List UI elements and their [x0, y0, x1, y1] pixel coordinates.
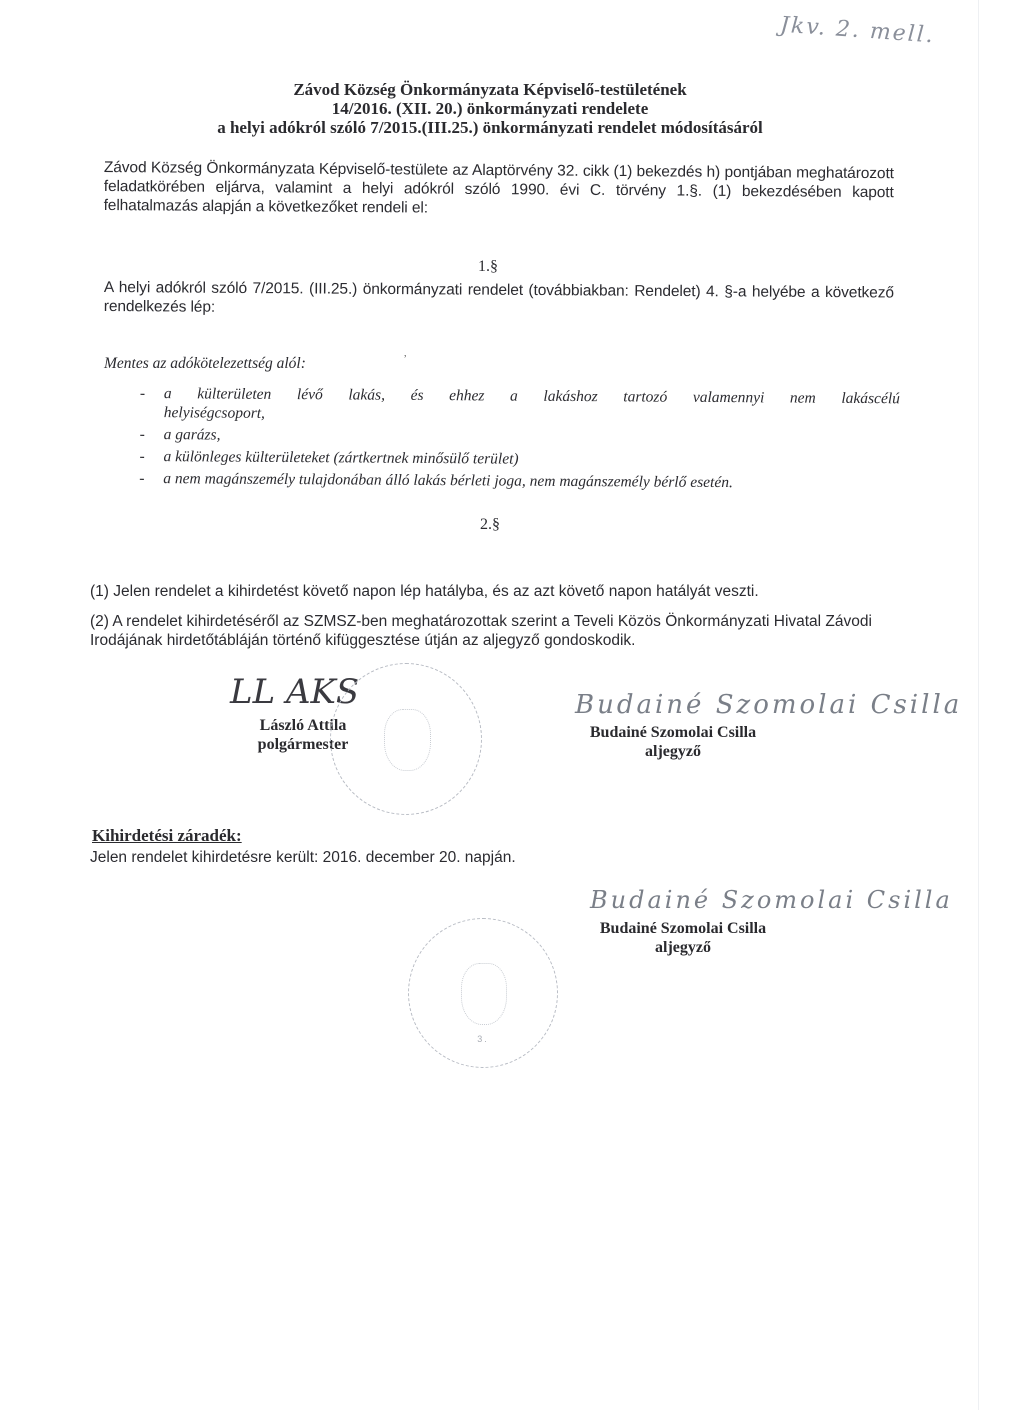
bullet-dash: -	[139, 469, 163, 488]
bullet-dash: -	[139, 447, 163, 466]
handwritten-annotation: Jkv. 2. mell.	[779, 13, 935, 49]
list-item: - a külterületen lévő lakás, és ehhez a …	[140, 384, 900, 427]
promulgation-heading: Kihirdetési záradék:	[92, 826, 242, 846]
office-seal-stamp: 3.	[408, 918, 558, 1068]
exemption-title: Mentes az adókötelezettség alól:	[104, 355, 306, 373]
notary-name: Budainé Szomolai Csilla	[578, 919, 788, 938]
section-1-heading: 1.§	[478, 258, 498, 276]
document-title-line-3: a helyi adókról szóló 7/2015.(III.25.) ö…	[10, 118, 970, 137]
notary-name: Budainé Szomolai Csilla	[568, 723, 778, 742]
notary-title: aljegyző	[578, 938, 788, 957]
list-item: - a különleges külterületeket (zártkertn…	[139, 447, 899, 471]
scan-speck: ,	[404, 348, 407, 359]
document-title-line-1: Závod Község Önkormányzata Képviselő-tes…	[10, 80, 970, 99]
official-seal-stamp	[330, 663, 482, 815]
section-2-heading: 2.§	[480, 516, 500, 534]
promulgation-text: Jelen rendelet kihirdetésre került: 2016…	[90, 848, 516, 867]
section-2-paragraph-1: (1) Jelen rendelet a kihirdetést követő …	[90, 582, 900, 601]
section-2-paragraph-2: (2) A rendelet kihirdetéséről az SZMSZ-b…	[90, 612, 890, 650]
bullet-dash: -	[140, 425, 164, 444]
section-1-text: A helyi adókról szóló 7/2015. (III.25.) …	[104, 278, 894, 322]
preamble: Závod Község Önkormányzata Képviselő-tes…	[104, 158, 894, 221]
list-item: - a garázs,	[140, 425, 900, 449]
document-title-line-2: 14/2016. (XII. 20.) önkormányzati rendel…	[10, 99, 970, 118]
notary-title: aljegyző	[568, 742, 778, 761]
notary-signature-block-2: Budainé Szomolai Csilla aljegyző	[578, 919, 788, 957]
seal-number: 3.	[409, 1034, 557, 1044]
coat-of-arms-icon	[384, 709, 431, 771]
notary-signature-2: Budainé Szomolai Csilla	[590, 886, 953, 914]
scan-edge	[978, 0, 979, 1410]
notary-signature: Budainé Szomolai Csilla	[575, 690, 962, 720]
coat-of-arms-icon	[461, 963, 507, 1024]
notary-signature-block: Budainé Szomolai Csilla aljegyző	[568, 723, 778, 761]
bullet-dash: -	[140, 384, 164, 422]
list-item: - a nem magánszemély tulajdonában álló l…	[139, 469, 899, 493]
exemption-list: - a külterületen lévő lakás, és ehhez a …	[139, 384, 900, 496]
